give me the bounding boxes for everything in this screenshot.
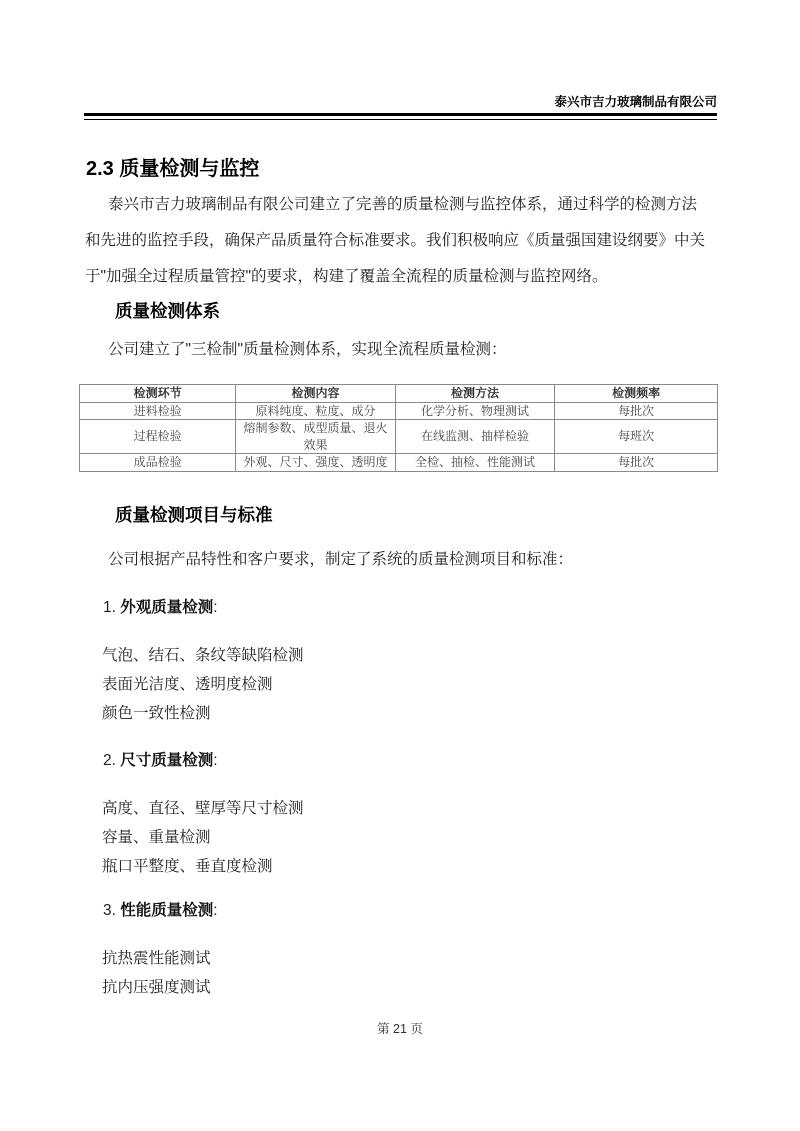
- group-number: 1.: [103, 599, 120, 616]
- header-rule-thick: [84, 113, 717, 116]
- list-item: 表面光洁度、透明度检测: [102, 670, 702, 699]
- table-header-row: 检测环节 检测内容 检测方法 检测频率: [80, 385, 718, 403]
- list-item: 瓶口平整度、垂直度检测: [102, 852, 702, 881]
- table-cell: 进料检验: [80, 402, 236, 420]
- table-cell: 外观、尺寸、强度、透明度: [236, 454, 396, 472]
- inspection-table-container: 检测环节 检测内容 检测方法 检测频率 进料检验 原料纯度、粒度、成分 化学分析…: [79, 384, 718, 472]
- table-cell: 化学分析、物理测试: [395, 402, 555, 420]
- subsection-title-standards: 质量检测项目与标准: [115, 503, 273, 527]
- intro-paragraph: 泰兴市吉力玻璃制品有限公司建立了完善的质量检测与监控体系，通过科学的检测方法 和…: [85, 187, 718, 295]
- table-row: 进料检验 原料纯度、粒度、成分 化学分析、物理测试 每批次: [80, 402, 718, 420]
- table-cell: 过程检验: [80, 420, 236, 454]
- intro-line: 于"加强全过程质量管控"的要求，构建了覆盖全流程的质量检测与监控网络。: [85, 259, 718, 295]
- standards-group-heading-dimension: 2. 尺寸质量检测:: [103, 750, 218, 771]
- table-cell: 每批次: [555, 454, 718, 472]
- table-cell: 在线监测、抽样检验: [395, 420, 555, 454]
- standards-lead: 公司根据产品特性和客户要求，制定了系统的质量检测项目和标准：: [85, 543, 718, 577]
- table-cell: 每批次: [555, 402, 718, 420]
- document-page: 泰兴市吉力玻璃制品有限公司 2.3 质量检测与监控 泰兴市吉力玻璃制品有限公司建…: [0, 0, 800, 1131]
- table-cell: 原料纯度、粒度、成分: [236, 402, 396, 420]
- group-title: 外观质量检测: [120, 599, 213, 616]
- group-colon: :: [213, 902, 217, 919]
- table-row: 过程检验 熔制参数、成型质量、退火效果 在线监测、抽样检验 每班次: [80, 420, 718, 454]
- intro-line: 和先进的监控手段，确保产品质量符合标准要求。我们积极响应《质量强国建设纲要》中关: [85, 223, 718, 259]
- table-cell: 成品检验: [80, 454, 236, 472]
- list-item: 抗热震性能测试: [102, 944, 702, 973]
- list-item: 颜色一致性检测: [102, 699, 702, 728]
- table-row: 成品检验 外观、尺寸、强度、透明度 全检、抽检、性能测试 每批次: [80, 454, 718, 472]
- standards-group-heading-performance: 3. 性能质量检测:: [103, 900, 218, 921]
- group-number: 2.: [103, 752, 120, 769]
- page-number: 第 21 页: [0, 1020, 800, 1038]
- list-item: 高度、直径、壁厚等尺寸检测: [102, 794, 702, 823]
- standards-group-items-dimension: 高度、直径、壁厚等尺寸检测 容量、重量检测 瓶口平整度、垂直度检测: [102, 794, 702, 881]
- standards-group-heading-appearance: 1. 外观质量检测:: [103, 597, 218, 618]
- intro-line: 泰兴市吉力玻璃制品有限公司建立了完善的质量检测与监控体系，通过科学的检测方法: [85, 187, 718, 223]
- group-title: 性能质量检测: [120, 902, 213, 919]
- table-cell: 熔制参数、成型质量、退火效果: [236, 420, 396, 454]
- standards-group-items-appearance: 气泡、结石、条纹等缺陷检测 表面光洁度、透明度检测 颜色一致性检测: [102, 641, 702, 728]
- subsection-title-inspection-system: 质量检测体系: [115, 299, 220, 323]
- table-header-cell: 检测方法: [395, 385, 555, 403]
- list-item: 抗内压强度测试: [102, 973, 702, 1002]
- group-colon: :: [213, 599, 217, 616]
- table-cell: 每班次: [555, 420, 718, 454]
- inspection-table: 检测环节 检测内容 检测方法 检测频率 进料检验 原料纯度、粒度、成分 化学分析…: [79, 384, 718, 472]
- group-number: 3.: [103, 902, 120, 919]
- group-colon: :: [213, 752, 217, 769]
- header-company-name: 泰兴市吉力玻璃制品有限公司: [84, 93, 717, 111]
- table-header-cell: 检测频率: [555, 385, 718, 403]
- standards-group-items-performance: 抗热震性能测试 抗内压强度测试: [102, 944, 702, 1002]
- table-cell: 全检、抽检、性能测试: [395, 454, 555, 472]
- group-title: 尺寸质量检测: [120, 752, 213, 769]
- header-rule-thin: [84, 119, 717, 121]
- section-title: 2.3 质量检测与监控: [86, 156, 259, 182]
- table-header-cell: 检测内容: [236, 385, 396, 403]
- list-item: 气泡、结石、条纹等缺陷检测: [102, 641, 702, 670]
- inspection-system-lead: 公司建立了"三检制"质量检测体系，实现全流程质量检测：: [85, 333, 718, 367]
- table-header-cell: 检测环节: [80, 385, 236, 403]
- list-item: 容量、重量检测: [102, 823, 702, 852]
